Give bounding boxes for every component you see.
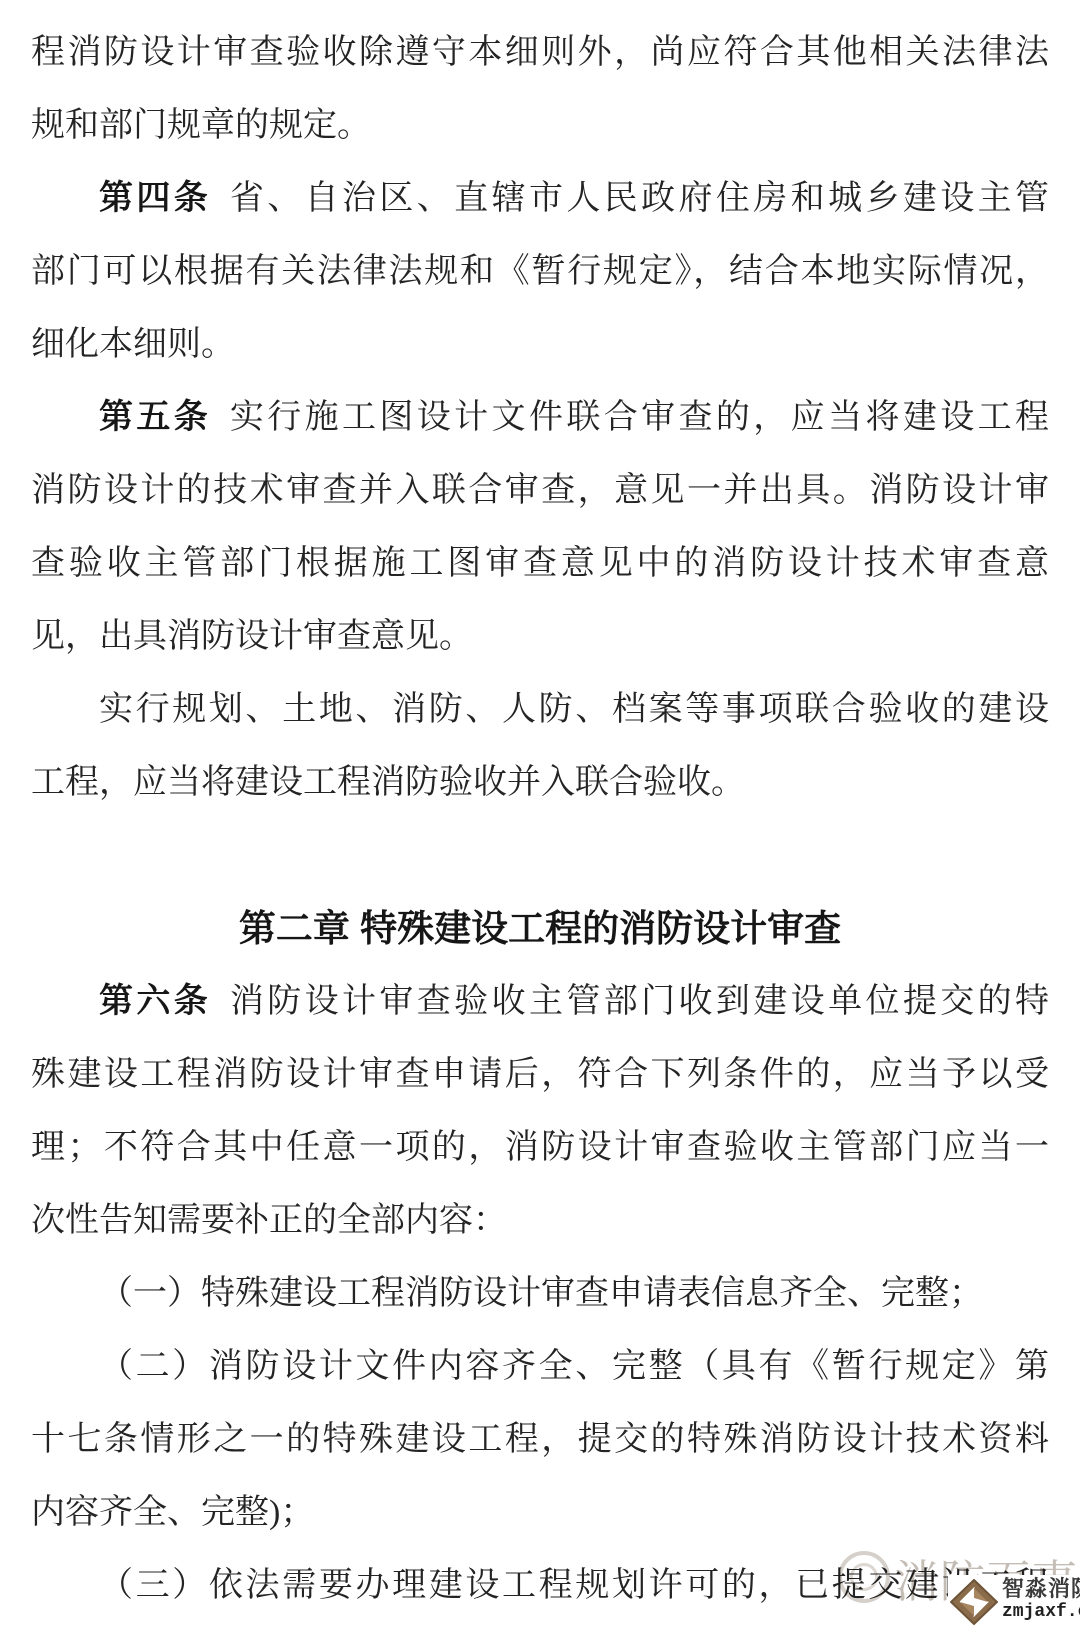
text-line: 细化本细则。 bbox=[31, 308, 1049, 381]
text-line: 见，出具消防设计审查意见。 bbox=[31, 600, 1049, 673]
zhimiao-brand-name: 智淼消防 bbox=[1002, 1577, 1080, 1601]
chapter-heading: 第二章 特殊建设工程的消防设计审查 bbox=[31, 892, 1049, 965]
text-line: 殊建设工程消防设计审查申请后，符合下列条件的，应当予以受 bbox=[31, 1038, 1049, 1111]
text-line: （二）消防设计文件内容齐全、完整（具有《暂行规定》第 bbox=[31, 1330, 1049, 1403]
text-line: 第六条消防设计审查验收主管部门收到建设单位提交的特 bbox=[31, 965, 1049, 1038]
article-number: 第六条 bbox=[99, 982, 211, 1020]
text-line: （一）特殊建设工程消防设计审查申请表信息齐全、完整； bbox=[31, 1257, 1049, 1330]
text-line: 内容齐全、完整)； bbox=[31, 1476, 1049, 1549]
text-line: 部门可以根据有关法律法规和《暂行规定》，结合本地实际情况， bbox=[31, 235, 1049, 308]
article-number: 第四条 bbox=[99, 179, 211, 217]
text-line: 十七条情形之一的特殊建设工程，提交的特殊消防设计技术资料 bbox=[31, 1403, 1049, 1476]
text-line: 次性告知需要补正的全部内容： bbox=[31, 1184, 1049, 1257]
text-line: 消防设计的技术审查并入联合审查，意见一并出具。消防设计审 bbox=[31, 454, 1049, 527]
article-number: 第五条 bbox=[99, 398, 211, 436]
text-line: （三）依法需要办理建设工程规划许可的，已提交建设工程 bbox=[31, 1549, 1049, 1622]
watermark-zhimiao: 智淼消防 zmjaxf.com bbox=[948, 1575, 1080, 1625]
text-line: 规和部门规章的规定。 bbox=[31, 89, 1049, 162]
text-line: 第五条实行施工图设计文件联合审查的，应当将建设工程 bbox=[31, 381, 1049, 454]
text-line: 工程，应当将建设工程消防验收并入联合验收。 bbox=[31, 746, 1049, 819]
zhimiao-website-url: zmjaxf.com bbox=[1002, 1601, 1080, 1623]
document-text: 程消防设计审查验收除遵守本细则外，尚应符合其他相关法律法规和部门规章的规定。第四… bbox=[31, 16, 1049, 1622]
blank-line bbox=[31, 819, 1049, 892]
zhimiao-logo-icon bbox=[950, 1579, 998, 1625]
text-line: 查验收主管部门根据施工图审查意见中的消防设计技术审查意 bbox=[31, 527, 1049, 600]
text-line: 理；不符合其中任意一项的，消防设计审查验收主管部门应当一 bbox=[31, 1111, 1049, 1184]
text-line: 实行规划、土地、消防、人防、档案等事项联合验收的建设 bbox=[31, 673, 1049, 746]
text-line: 第四条省、自治区、直辖市人民政府住房和城乡建设主管 bbox=[31, 162, 1049, 235]
text-line: 程消防设计审查验收除遵守本细则外，尚应符合其他相关法律法 bbox=[31, 16, 1049, 89]
document-page: 程消防设计审查验收除遵守本细则外，尚应符合其他相关法律法规和部门规章的规定。第四… bbox=[0, 0, 1080, 1625]
